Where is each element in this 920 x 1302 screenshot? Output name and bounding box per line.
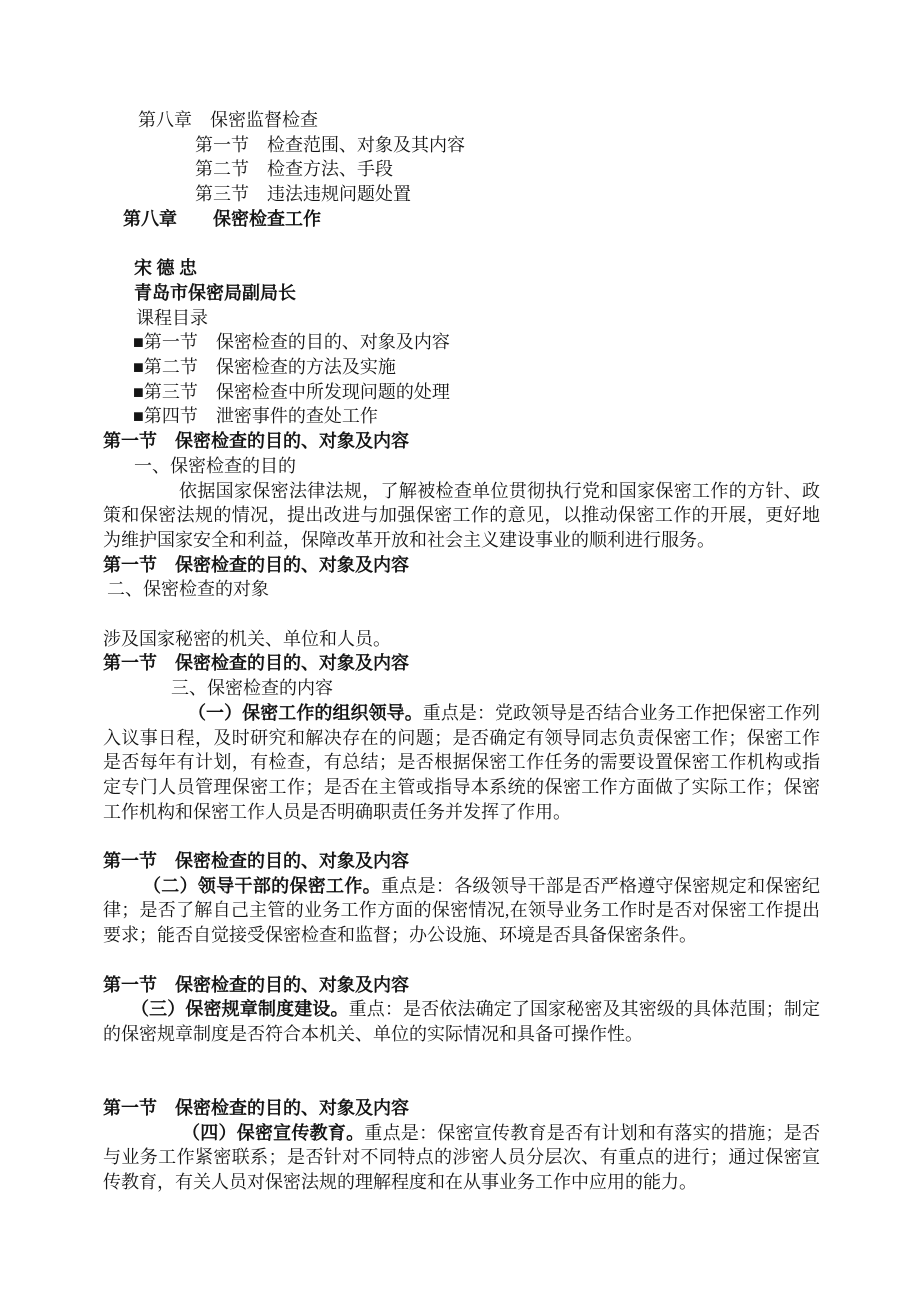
chapter-heading: 第八章 保密检查工作: [103, 207, 820, 232]
body-paragraph: （二）领导干部的保密工作。重点是：各级领导干部是否严格遵守保密规定和保密纪律；是…: [103, 874, 820, 948]
section-heading: 第一节 保密检查的目的、对象及内容: [103, 849, 820, 874]
paragraph-lead: （一）保密工作的组织领导。: [188, 703, 423, 723]
blank-line: [103, 1071, 820, 1096]
section-heading: 第一节 保密检查的目的、对象及内容: [103, 429, 820, 454]
paragraph-lead: （二）领导干部的保密工作。: [143, 876, 381, 896]
section-heading: 第一节 保密检查的目的、对象及内容: [103, 973, 820, 998]
blank-line: [103, 602, 820, 627]
section-heading: 第一节 保密检查的目的、对象及内容: [103, 651, 820, 676]
body-paragraph: 依据国家保密法律法规，了解被检查单位贯彻执行党和国家保密工作的方针、政策和保密法…: [103, 479, 820, 553]
body-line: 涉及国家秘密的机关、单位和人员。: [103, 627, 820, 652]
course-toc-item: ■第二节 保密检查的方法及实施: [103, 355, 820, 380]
sub-item: 一、保密检查的目的: [103, 454, 820, 479]
course-toc-item: ■第一节 保密检查的目的、对象及内容: [103, 330, 820, 355]
paragraph-lead: （三）保密规章制度建设。: [131, 999, 349, 1019]
section-heading: 第一节 保密检查的目的、对象及内容: [103, 553, 820, 578]
author-name: 宋 德 忠: [103, 256, 820, 281]
body-paragraph: （一）保密工作的组织领导。重点是：党政领导是否结合业务工作把保密工作列入议事日程…: [103, 701, 820, 825]
author-title: 青岛市保密局副局长: [103, 281, 820, 306]
course-toc-item: ■第四节 泄密事件的查处工作: [103, 404, 820, 429]
blank-line: [103, 1047, 820, 1072]
course-toc-title: 课程目录: [103, 306, 820, 331]
blank-line: [103, 232, 820, 257]
toc-section-line: 第三节 违法违规问题处置: [103, 182, 820, 207]
toc-chapter-line: 第八章 保密监督检查: [103, 108, 820, 133]
toc-section-line: 第一节 检查范围、对象及其内容: [103, 133, 820, 158]
body-paragraph: （四）保密宣传教育。重点是：保密宣传教育是否有计划和有落实的措施；是否与业务工作…: [103, 1121, 820, 1195]
sub-item: 三、保密检查的内容: [103, 676, 820, 701]
blank-line: [103, 948, 820, 973]
body-paragraph: （三）保密规章制度建设。重点：是否依法确定了国家秘密及其密级的具体范围；制定的保…: [103, 997, 820, 1046]
paragraph-lead: （四）保密宣传教育。: [182, 1123, 364, 1143]
blank-line: [103, 824, 820, 849]
toc-section-line: 第二节 检查方法、手段: [103, 157, 820, 182]
sub-item: 二、保密检查的对象: [103, 577, 820, 602]
document-page: 第八章 保密监督检查第一节 检查范围、对象及其内容第二节 检查方法、手段第三节 …: [103, 108, 820, 1195]
course-toc-item: ■第三节 保密检查中所发现问题的处理: [103, 380, 820, 405]
section-heading: 第一节 保密检查的目的、对象及内容: [103, 1096, 820, 1121]
